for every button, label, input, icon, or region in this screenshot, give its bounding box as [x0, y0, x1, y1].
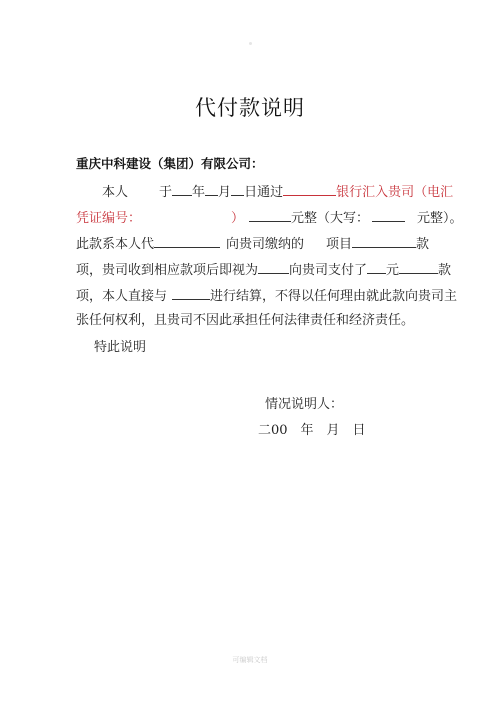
text-deemed: 项，贵司收到相应款项后即视为	[76, 263, 258, 278]
blank-bank[interactable]	[283, 182, 336, 196]
signatory-label: 情况说明人：	[265, 393, 343, 412]
blank-amount[interactable]	[249, 208, 291, 222]
addressee: 重庆中科建设（集团）有限公司：	[76, 155, 264, 173]
page-dot-mark	[249, 42, 252, 45]
text-no-liability: 张任何权利，且贵司不因此承担任何法律责任和经济责任。	[76, 313, 414, 328]
signature-date: 二00 年 月 日	[258, 419, 366, 438]
text-settlement: 进行结算，不得以任何理由就此款向贵司主	[210, 289, 457, 304]
blank-day[interactable]	[231, 182, 244, 196]
blank-month[interactable]	[205, 182, 218, 196]
text-kuan: 款	[416, 237, 429, 252]
text-self: 本人	[102, 185, 128, 200]
text-on-behalf: 此款系本人代	[76, 237, 154, 252]
text-day-via: 日通过	[244, 185, 283, 200]
text-directly-with: 项，本人直接与	[76, 289, 167, 304]
text-on: 于	[159, 185, 172, 200]
blank-payer[interactable]	[154, 234, 220, 248]
closing-statement: 特此说明	[94, 339, 146, 357]
text-paid-to: 向贵司缴纳的	[226, 237, 304, 252]
text-yuan-end: 元整）。	[417, 211, 463, 226]
paragraph-line-6: 张任何权利，且贵司不因此承担任何法律责任和经济责任。	[76, 312, 414, 330]
text-voucher-no: 凭证编号：	[76, 211, 141, 226]
paragraph-line-2: 凭证编号：）元整（大写：元整）。	[76, 208, 463, 228]
blank-party[interactable]	[258, 260, 289, 274]
text-month: 月	[218, 185, 231, 200]
paragraph-line-5: 项，本人直接与进行结算，不得以任何理由就此款向贵司主	[76, 286, 457, 306]
paragraph-line-1: 本人于年月日通过银行汇入贵司（电汇	[76, 182, 453, 202]
blank-settle-party[interactable]	[172, 286, 210, 300]
blank-paid-amount[interactable]	[367, 260, 386, 274]
text-year: 年	[192, 185, 205, 200]
document-page: 代付款说明 重庆中科建设（集团）有限公司： 本人于年月日通过银行汇入贵司（电汇 …	[0, 0, 500, 708]
text-close-paren: ）	[231, 211, 244, 226]
footer-watermark: 可编辑文档	[0, 655, 500, 665]
paragraph-line-4: 项，贵司收到相应款项后即视为向贵司支付了元款	[76, 260, 451, 280]
text-yuan: 元	[386, 263, 399, 278]
text-yuan-capital: 元整（大写：	[291, 211, 369, 226]
blank-project[interactable]	[352, 234, 416, 248]
text-project: 项目	[326, 237, 352, 252]
blank-amount-capital[interactable]	[372, 208, 405, 222]
blank-item[interactable]	[399, 260, 438, 274]
document-title: 代付款说明	[0, 92, 500, 122]
text-bank-transfer: 银行汇入贵司（电汇	[336, 185, 453, 200]
paragraph-line-3: 此款系本人代向贵司缴纳的项目款	[76, 234, 429, 254]
blank-year[interactable]	[172, 182, 192, 196]
text-paid: 向贵司支付了	[289, 263, 367, 278]
text-kuan-2: 款	[438, 263, 451, 278]
